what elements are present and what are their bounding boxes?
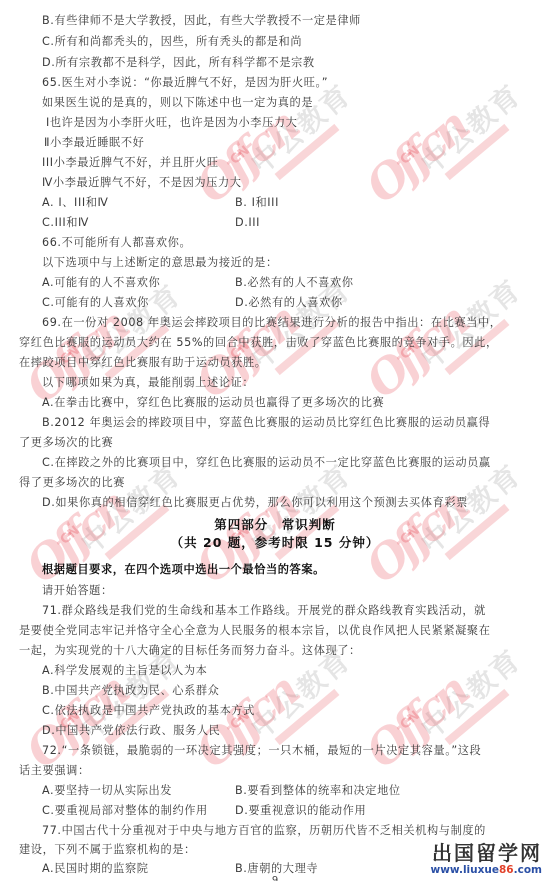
q66-stem: 66.不可能所有人都喜欢你。 bbox=[42, 236, 191, 250]
document-page: 中公教育 Offcn CN 中公教育 Offcn CN 中公教育 Offcn C… bbox=[0, 0, 550, 881]
q64-option-b: B.有些律师不是大学教授，因此，有些大学教授不一定是律师 bbox=[42, 14, 361, 28]
watermark-brand: 中公教育 bbox=[411, 639, 529, 747]
q77-stem-line2: 建设，下列不属于监察机构的是： bbox=[19, 843, 196, 857]
q69-option-c-line2: 得了更多场次的比赛 bbox=[19, 476, 125, 490]
watermark-cn: CN bbox=[398, 143, 423, 168]
q71-option-d: D.中国共产党依法行政、服务人民 bbox=[42, 724, 220, 738]
watermark-band bbox=[275, 689, 340, 745]
watermark-band bbox=[445, 689, 510, 745]
q69-option-b-line2: 了更多场次的比赛 bbox=[19, 436, 113, 450]
watermark-signature: Offcn bbox=[356, 101, 476, 214]
section-subtitle: （共 20 题，参考时限 15 分钟） bbox=[0, 533, 550, 551]
section-instruction: 根据题目要求，在四个选项中选出一个最恰当的答案。 bbox=[42, 563, 325, 577]
q69-prompt: 以下哪项如果为真，最能削弱上述论证： bbox=[42, 376, 254, 390]
q71-option-b: B.中国共产党执政为民、心系群众 bbox=[42, 684, 219, 698]
q72-stem-line2: 话主要强调： bbox=[19, 764, 90, 778]
watermark-signature: Offcn bbox=[186, 296, 306, 409]
q77-option-b: B.唐朝的大理寺 bbox=[235, 862, 318, 876]
q69-option-c-line1: C.在摔跤之外的比赛项目中，穿红色比赛服的运动员不一定比穿蓝色比赛服的运动员赢 bbox=[42, 456, 491, 470]
q72-stem-line1: 72.“一条锁链，最脆弱的一环决定其强度；一只木桶，最短的一片决定其容量。”这段 bbox=[42, 744, 481, 758]
watermark-band bbox=[275, 124, 340, 180]
q72-option-c: C.要重视局部对整体的制约作用 bbox=[42, 804, 208, 818]
q69-stem-line2: 穿红色比赛服的运动员大约在 55%的回合中获胜，击败了穿蓝色比赛服的竞争对手。因… bbox=[19, 336, 498, 350]
watermark: 中公教育 Offcn CN bbox=[360, 100, 530, 200]
site-logo-url[interactable]: www.liuxue86.com bbox=[431, 864, 542, 876]
q66-option-b: B.必然有的人不喜欢你 bbox=[235, 276, 354, 290]
q66-option-d: D.必然有的人喜欢你 bbox=[235, 296, 343, 310]
q65-option-c: C.III和Ⅳ bbox=[42, 216, 89, 230]
q65-prompt: 如果医生说的是真的，则以下陈述中也一定为真的是 bbox=[42, 96, 313, 110]
q69-stem-line3: 在摔跤项目中穿红色比赛服有助于运动员获胜。 bbox=[19, 356, 267, 370]
q77-stem-line1: 77.中国古代十分重视对于中央与地方百官的监察，历朝历代皆不乏相关机构与制度的 bbox=[42, 824, 486, 838]
q65-option-a: A. Ⅰ、III和Ⅳ bbox=[42, 196, 108, 210]
q65-statement-1: Ⅰ也许是因为小李肝火旺，也许是因为小李压力大 bbox=[46, 116, 297, 130]
watermark-signature: Offcn bbox=[356, 666, 476, 779]
q65-option-b: B. Ⅰ和III bbox=[235, 196, 279, 210]
q69-option-d: D.如果你真的相信穿红色比赛服更占优势，那么你可以利用这个预测去买体育彩票 bbox=[42, 496, 468, 510]
q64-option-c: C.所有和尚都秃头的，因些，所有秃头的都是和尚 bbox=[42, 35, 302, 49]
q71-option-c: C.依法执政是中国共产党执政的基本方式 bbox=[42, 704, 255, 718]
q64-option-d: D.所有宗教都不是科学，因此，所有科学都不是宗教 bbox=[42, 56, 315, 70]
watermark-band bbox=[105, 324, 170, 380]
watermark-band bbox=[445, 124, 510, 180]
q77-option-a: A.民国时期的监察院 bbox=[42, 862, 149, 876]
q69-option-a: A.在拳击比赛中，穿红色比赛服的运动员也赢得了更多场次的比赛 bbox=[42, 396, 384, 410]
q66-prompt: 以下选项中与上述断定的意思最为接近的是： bbox=[42, 256, 278, 270]
q65-statement-3: III小李最近脾气不好，并且肝火旺 bbox=[42, 156, 219, 170]
watermark-brand: 中公教育 bbox=[411, 74, 529, 182]
q69-stem-line1: 69.在一份对 2008 年奥运会摔跤项目的比赛结果进行分析的报告中指出：在比赛… bbox=[42, 316, 502, 330]
q72-option-d: D.要重视意识的能动作用 bbox=[235, 804, 366, 818]
watermark-cn: CN bbox=[228, 143, 253, 168]
q65-statement-4: Ⅳ小李最近脾气不好，不是因为压力大 bbox=[42, 176, 242, 190]
q66-option-a: A.可能有的人不喜欢你 bbox=[42, 276, 160, 290]
q65-stem: 65.医生对小李说：“你最近脾气不好，是因为肝火旺。” bbox=[42, 76, 328, 90]
q65-option-d: D.III bbox=[235, 216, 260, 230]
section-title: 第四部分 常识判断 bbox=[0, 515, 550, 533]
q65-statement-2: Ⅱ小李最近睡眠不好 bbox=[44, 136, 144, 150]
url-highlight: 86 bbox=[499, 864, 514, 876]
site-logo-text: 出国留学网 bbox=[431, 842, 542, 864]
q72-option-b: B.要看到整体的统率和决定地位 bbox=[235, 784, 401, 798]
watermark-signature: Offcn bbox=[186, 666, 306, 779]
q69-option-b-line1: B.2012 年奥运会的摔跤项目中，穿蓝色比赛服的运动员比穿红色比赛服的运动员赢… bbox=[42, 416, 490, 430]
watermark-signature: Offcn bbox=[16, 666, 136, 779]
watermark-signature: Offcn bbox=[356, 296, 476, 409]
q66-option-c: C.可能有的人喜欢你 bbox=[42, 296, 149, 310]
url-part: .com bbox=[514, 864, 542, 876]
watermark-cn: CN bbox=[398, 708, 423, 733]
url-part: www.liuxue bbox=[431, 864, 499, 876]
section-start: 请开始答题： bbox=[42, 584, 113, 598]
q71-stem-line3: 一起，为实现党的十八大确定的目标任务而努力奋斗。这体现了： bbox=[19, 644, 361, 658]
site-logo[interactable]: 出国留学网 www.liuxue86.com bbox=[431, 842, 542, 876]
q71-option-a: A.科学发展观的主旨是以人为本 bbox=[42, 664, 207, 678]
q71-stem-line2: 是要使全党同志牢记并恪守全心全意为人民服务的根本宗旨，以优良作风把人民紧紧凝聚在 bbox=[19, 624, 491, 638]
q72-option-a: A.要坚持一切从实际出发 bbox=[42, 784, 172, 798]
q71-stem-line1: 71.群众路线是我们党的生命线和基本工作路线。开展党的群众路线教育实践活动，就 bbox=[42, 604, 486, 618]
